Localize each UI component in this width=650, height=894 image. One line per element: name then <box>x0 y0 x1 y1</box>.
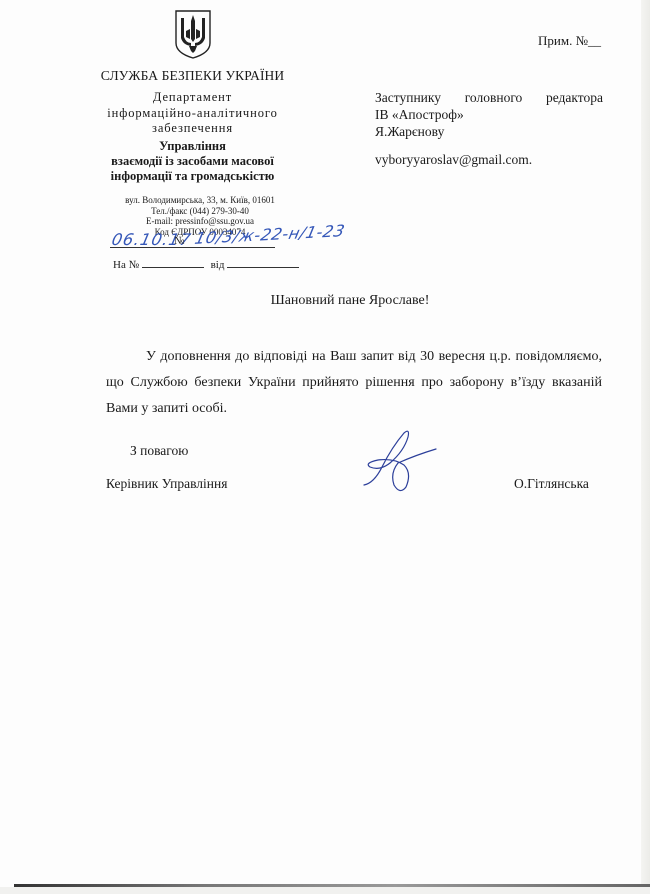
unit-line: інформації та громадськістю <box>80 169 305 184</box>
department-line: забезпечення <box>90 121 295 137</box>
trident-coat-of-arms-icon <box>174 9 212 59</box>
department-line: Департамент <box>90 90 295 106</box>
signatory-name: О.Гітлянська <box>514 476 589 492</box>
scan-page-edge <box>641 0 650 894</box>
handwritten-signature <box>360 425 445 495</box>
signatory-position: Керівник Управління <box>106 476 227 492</box>
recipient-block: Заступнику головного редактора ІВ «Апост… <box>375 89 603 140</box>
greeting: Шановний пане Ярославе! <box>200 293 500 309</box>
recipient-organization: ІВ «Апостроф» <box>375 106 603 123</box>
address-line: вул. Володимирська, 33, м. Київ, 01601 <box>100 195 300 206</box>
scan-bottom-shade <box>0 887 650 894</box>
annex-label: Прим. №__ <box>538 33 601 49</box>
number-label: № <box>174 235 185 247</box>
unit-line: Управління <box>80 139 305 154</box>
letter-body: У доповнення до відповіді на Ваш запит в… <box>106 344 602 422</box>
reference-no-blank <box>142 257 204 268</box>
phone-line: Тел./факс (044) 279-30-40 <box>100 206 300 217</box>
recipient-position: Заступнику головного редактора <box>375 89 603 106</box>
body-paragraph: У доповнення до відповіді на Ваш запит в… <box>106 344 602 422</box>
reference-date-blank <box>227 257 299 268</box>
reference-no-label: На № <box>113 259 139 271</box>
closing: З повагою <box>130 443 188 459</box>
organization-name: СЛУЖБА БЕЗПЕКИ УКРАЇНИ <box>80 68 305 84</box>
recipient-email: vyboryyaroslav@gmail.com. <box>375 152 532 168</box>
department-line: інформаційно-аналітичного <box>90 106 295 122</box>
reference-row: На № від <box>113 257 299 271</box>
recipient-name: Я.Жарєнову <box>375 123 603 140</box>
unit-name: Управління взаємодії із засобами масової… <box>80 139 305 184</box>
unit-line: взаємодії із засобами масової <box>80 154 305 169</box>
reference-from-label: від <box>211 259 225 271</box>
department-name: Департамент інформаційно-аналітичного за… <box>90 90 295 137</box>
